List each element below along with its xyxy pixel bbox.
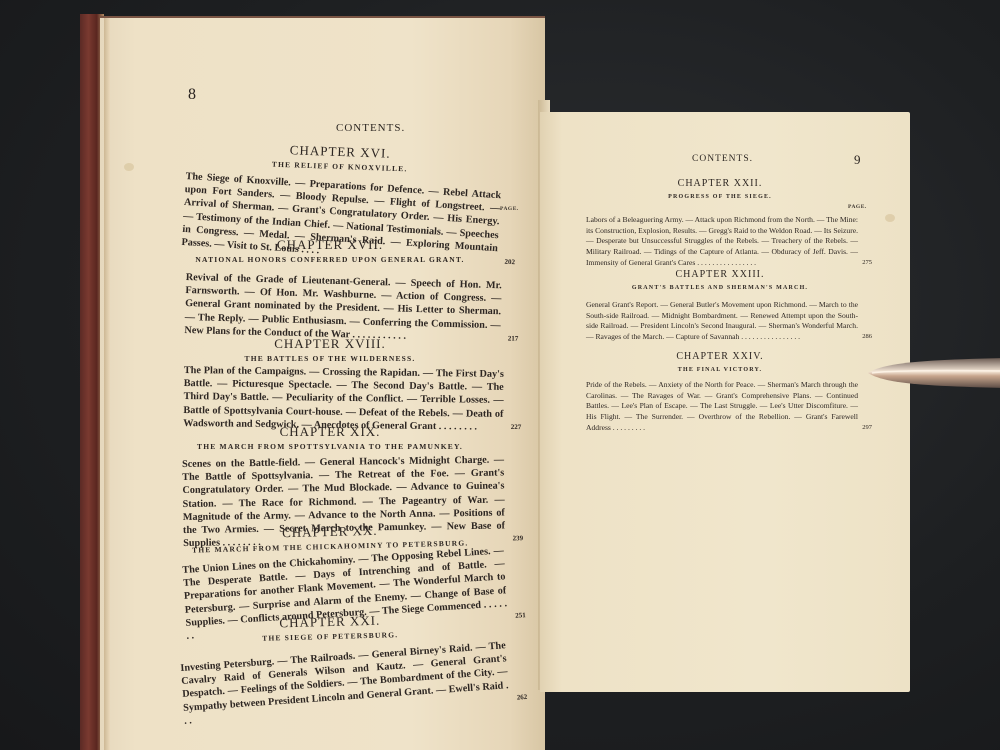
chapter-summary: Investing Petersburg. — The Railroads. —… bbox=[180, 639, 510, 728]
letter-opener-blade-icon bbox=[866, 356, 1000, 390]
chapter-heading: CHAPTER XIX. THE MARCH FROM SPOTTSYLVANI… bbox=[140, 424, 520, 451]
page-ref: 286 bbox=[862, 332, 872, 343]
chapter-heading: CHAPTER XXIV. THE FINAL VICTORY. bbox=[560, 351, 880, 373]
chapter-heading: CHAPTER XVII. NATIONAL HONORS CONFERRED … bbox=[140, 237, 520, 264]
chapter-title: THE BATTLES OF THE WILDERNESS. bbox=[140, 354, 520, 363]
page-header: CONTENTS. bbox=[336, 122, 405, 134]
page-ref: 262 bbox=[516, 691, 527, 705]
summary-text: General Grant's Report. — General Butler… bbox=[586, 300, 858, 343]
chapter-number: CHAPTER XIX. bbox=[140, 424, 520, 440]
summary-text: Labors of a Beleaguering Army. — Attack … bbox=[586, 215, 858, 269]
chapter-heading: CHAPTER XXIII. GRANT'S BATTLES AND SHERM… bbox=[560, 269, 880, 291]
left-page: 8 CONTENTS. CHAPTER XVI. THE RELIEF OF K… bbox=[100, 16, 545, 750]
chapter-number: CHAPTER XXIV. bbox=[560, 351, 880, 362]
chapter-title: THE FINAL VICTORY. bbox=[560, 367, 880, 373]
chapter-summary: General Grant's Report. — General Butler… bbox=[586, 300, 858, 343]
chapter-title: NATIONAL HONORS CONFERRED UPON GENERAL G… bbox=[140, 255, 520, 264]
chapter-summary: Pride of the Rebels. — Anxiety of the No… bbox=[586, 380, 858, 434]
chapter-title: GRANT'S BATTLES AND SHERMAN'S MARCH. bbox=[560, 285, 880, 291]
chapter-number: CHAPTER XVII. bbox=[140, 237, 520, 253]
page-column-label: PAGE. bbox=[500, 206, 519, 212]
chapter-summary: Revival of the Grade of Lieutenant-Gener… bbox=[184, 271, 502, 345]
summary-text: Pride of the Rebels. — Anxiety of the No… bbox=[586, 380, 858, 434]
page-column-label: PAGE. bbox=[848, 204, 867, 210]
chapter-number: CHAPTER XXIII. bbox=[560, 269, 880, 280]
right-page: CONTENTS. 9 CHAPTER XXII. PROGRESS OF TH… bbox=[540, 112, 910, 692]
chapter-heading: CHAPTER XXII. PROGRESS OF THE SIEGE. bbox=[560, 178, 880, 200]
foxing-spot bbox=[885, 214, 895, 222]
chapter-title: PROGRESS OF THE SIEGE. bbox=[560, 194, 880, 200]
chapter-title: THE MARCH FROM SPOTTSYLVANIA TO THE PAMU… bbox=[140, 442, 520, 451]
chapter-summary: Labors of a Beleaguering Army. — Attack … bbox=[586, 215, 858, 269]
chapter-number: CHAPTER XVIII. bbox=[140, 336, 520, 352]
summary-text: Revival of the Grade of Lieutenant-Gener… bbox=[184, 271, 502, 345]
summary-text: Investing Petersburg. — The Railroads. —… bbox=[180, 639, 510, 728]
page-number: 8 bbox=[188, 86, 196, 104]
chapter-number: CHAPTER XXII. bbox=[560, 178, 880, 189]
page-number: 9 bbox=[854, 152, 861, 168]
page-header: CONTENTS. bbox=[692, 154, 753, 164]
foxing-spot bbox=[124, 163, 134, 171]
page-ref: 275 bbox=[862, 258, 872, 269]
chapter-heading: CHAPTER XVIII. THE BATTLES OF THE WILDER… bbox=[140, 336, 520, 363]
page-ref: 297 bbox=[862, 423, 872, 434]
